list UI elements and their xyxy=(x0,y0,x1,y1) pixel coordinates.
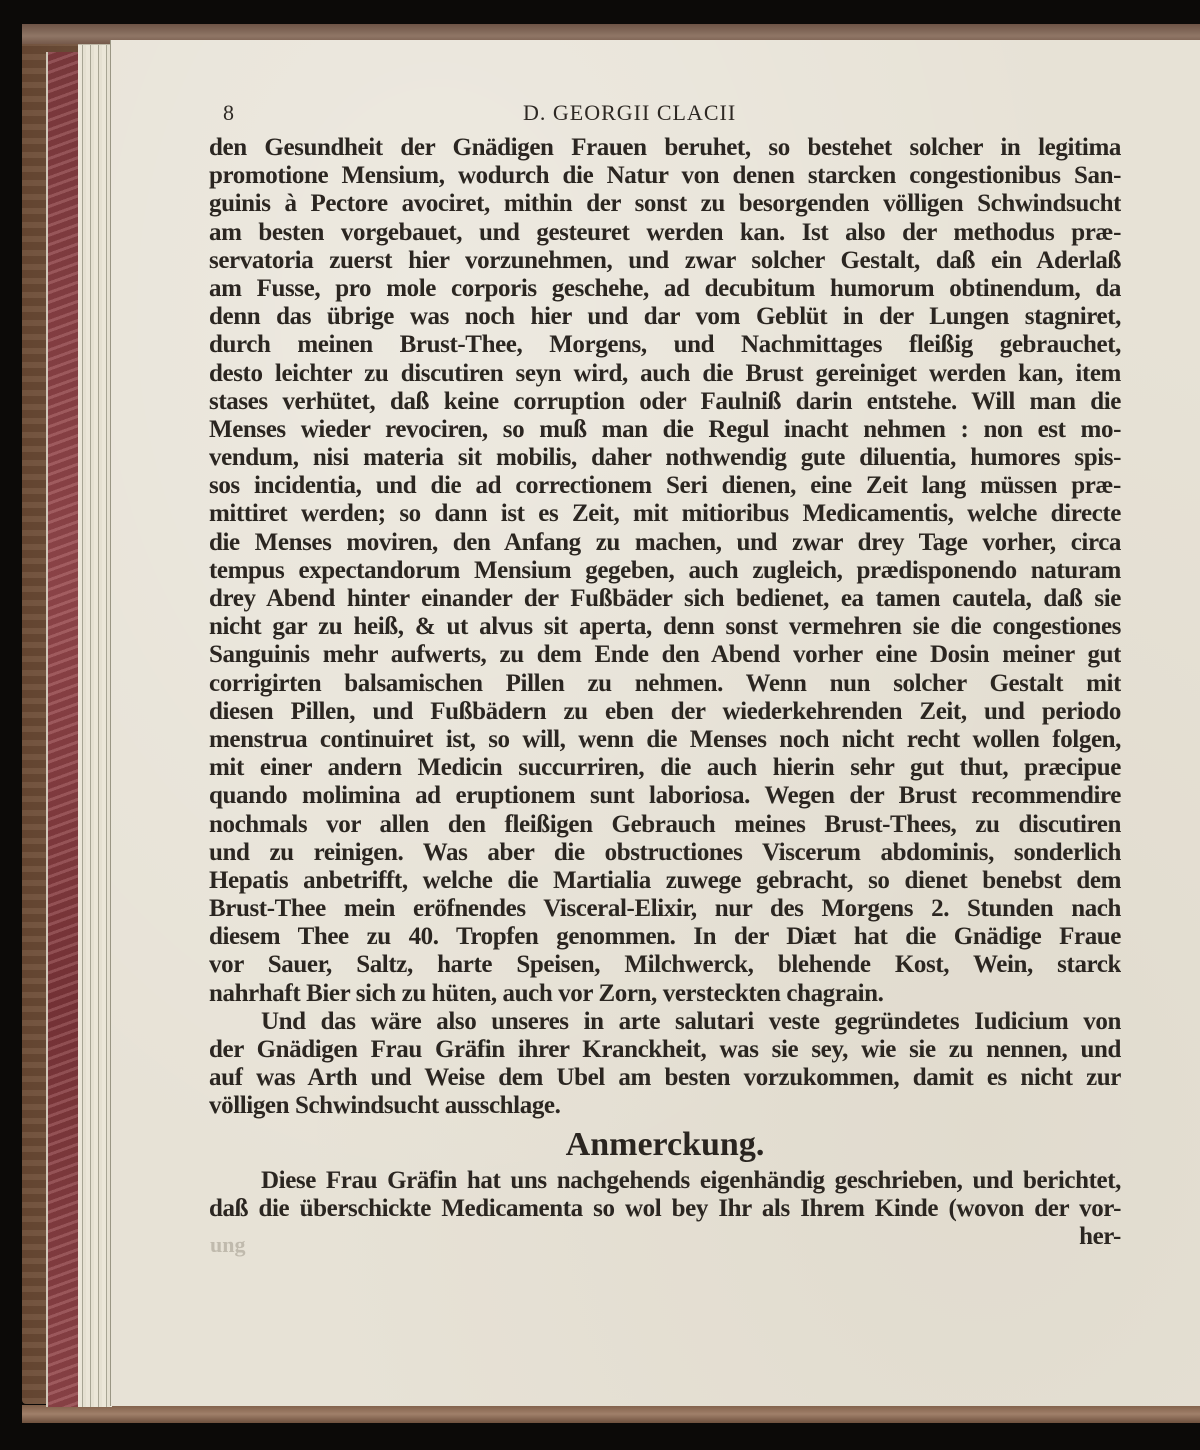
text-line: Brust-Thee mein eröfnendes Visceral-Elix… xyxy=(209,895,1121,923)
text-line: die Menses moviren, den Anfang zu machen… xyxy=(209,529,1121,557)
text-line: servatoria zuerst hier vorzunehmen, und … xyxy=(209,247,1121,275)
text-line: stases verhütet, daß keine corruption od… xyxy=(209,388,1121,416)
catchword: her- xyxy=(209,1223,1121,1251)
text-line: mit einer andern Medicin succurriren, di… xyxy=(209,754,1121,782)
text-line: denn das übrige was noch hier und dar vo… xyxy=(209,303,1121,331)
text-line: Diese Frau Gräfin hat uns nachgehends ei… xyxy=(209,1167,1121,1195)
text-line: promotione Mensium, wodurch die Natur vo… xyxy=(209,162,1121,190)
text-line: auf was Arth und Weise dem Ubel am beste… xyxy=(209,1064,1121,1092)
text-line: Hepatis anbetrifft, welche die Martialia… xyxy=(209,867,1121,895)
running-head: 8 D. GEORGII CLACII xyxy=(209,100,1121,134)
text-line: Menses wieder revociren, so muß man die … xyxy=(209,416,1121,444)
text-line: vendum, nisi materia sit mobilis, daher … xyxy=(209,444,1121,472)
text-line: daß die überschickte Medicamenta so wol … xyxy=(209,1195,1121,1223)
text-line: mittiret werden; so dann ist es Zeit, mi… xyxy=(209,500,1121,528)
text-line: quando molimina ad eruptionem sunt labor… xyxy=(209,782,1121,810)
text-line: durch meinen Brust-Thee, Morgens, und Na… xyxy=(209,331,1121,359)
text-line: corrigirten balsamischen Pillen zu nehme… xyxy=(209,670,1121,698)
text-line: nicht gar zu heiß, & ut alvus sit aperta… xyxy=(209,613,1121,641)
paragraph-1: den Gesundheit der Gnädigen Frauen beruh… xyxy=(209,134,1121,1008)
stacked-page-edges xyxy=(78,44,112,1407)
text-line: sos incidentia, und die ad correctionem … xyxy=(209,472,1121,500)
paragraph-3: Diese Frau Gräfin hat uns nachgehends ei… xyxy=(209,1167,1121,1252)
text-line: guinis à Pectore avociret, mithin der so… xyxy=(209,190,1121,218)
running-head-title: D. GEORGII CLACII xyxy=(523,100,736,126)
page-content: 8 D. GEORGII CLACII den Gesundheit der G… xyxy=(209,100,1121,1251)
section-heading: Anmerckung. xyxy=(209,1123,1121,1167)
text-line: am besten vorgebauet, und gesteuret werd… xyxy=(209,219,1121,247)
paragraph-2: Und das wäre also unseres in arte saluta… xyxy=(209,1008,1121,1121)
text-line: desto leichter zu discutiren seyn wird, … xyxy=(209,360,1121,388)
text-line: nahrhaft Bier sich zu hüten, auch vor Zo… xyxy=(209,980,1121,1008)
text-line: den Gesundheit der Gnädigen Frauen beruh… xyxy=(209,134,1121,162)
text-line: tempus expectandorum Mensium gegeben, au… xyxy=(209,557,1121,585)
text-line: diesem Thee zu 40. Tropfen genommen. In … xyxy=(209,923,1121,951)
text-line: diesen Pillen, und Fußbädern zu eben der… xyxy=(209,698,1121,726)
text-line: drey Abend hinter einander der Fußbäder … xyxy=(209,585,1121,613)
book-cover-bottom-edge xyxy=(22,1405,1200,1423)
text-line: vor Sauer, Saltz, harte Speisen, Milchwe… xyxy=(209,951,1121,979)
page-number: 8 xyxy=(209,100,523,126)
text-line: am Fusse, pro mole corporis geschehe, ad… xyxy=(209,275,1121,303)
text-line: der Gnädigen Frau Gräfin ihrer Kranckhei… xyxy=(209,1036,1121,1064)
text-line: und zu reinigen. Was aber die obstructio… xyxy=(209,839,1121,867)
text-line: menstrua continuiret ist, so will, wenn … xyxy=(209,726,1121,754)
text-line: völligen Schwindsucht ausschlage. xyxy=(209,1092,1121,1120)
text-line: Sanguinis mehr aufwerts, zu dem Ende den… xyxy=(209,641,1121,669)
text-line: Und das wäre also unseres in arte saluta… xyxy=(209,1008,1121,1036)
marbled-endpaper xyxy=(46,52,80,1407)
text-line: nochmals vor allen den fleißigen Gebrauc… xyxy=(209,811,1121,839)
